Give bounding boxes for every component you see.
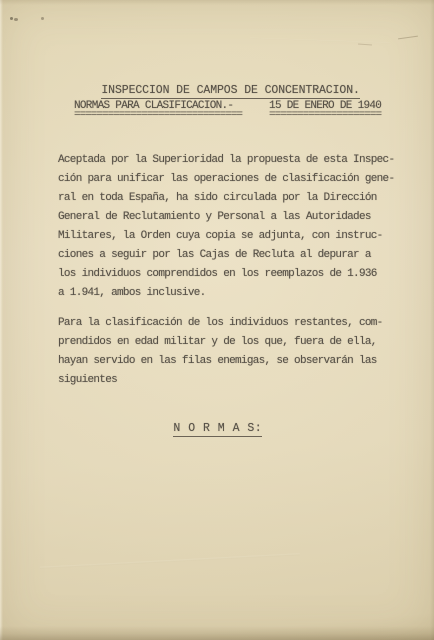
date-block: 15 DE ENERO DE 1940 ==================== <box>269 100 381 120</box>
closing-heading: N O R M A S: <box>0 409 406 450</box>
paper-fiber-mark <box>358 44 372 46</box>
text-line: los individuos comprendidos en los reemp… <box>58 265 394 284</box>
text-line: ral en toda España, ha sido circulada po… <box>58 189 394 208</box>
text-line: General de Reclutamiento y Personal a la… <box>58 208 394 227</box>
subtitle-rule: ============================== <box>74 110 242 120</box>
closing-heading-text: N O R M A S: <box>173 422 262 437</box>
paragraph-2: Para la clasificación de los individuos … <box>58 314 383 390</box>
text-line: prendidos en edad militar y de los que, … <box>58 333 383 352</box>
text-line: siguientes <box>58 371 383 390</box>
subtitle-block: NORMAS PARA CLASIFICACION.- ============… <box>74 100 242 120</box>
paper-speck <box>14 18 18 21</box>
paper-crease <box>250 38 390 44</box>
paper-speck <box>41 17 44 20</box>
scanned-document-page: INSPECCION DE CAMPOS DE CONCENTRACION. N… <box>0 0 434 640</box>
text-line: Aceptada por la Superioridad la propuest… <box>58 151 394 170</box>
text-line: a 1.941, ambos inclusive. <box>58 284 394 303</box>
paper-speck <box>10 17 13 20</box>
paper-crease <box>40 553 300 569</box>
paragraph-1: Aceptada por la Superioridad la propuest… <box>58 151 394 303</box>
paper-edge-bottom <box>0 626 434 640</box>
document-title-text: INSPECCION DE CAMPOS DE CONCENTRACION. <box>101 84 359 99</box>
text-line: Militares, la Orden cuya copia se adjunt… <box>58 227 394 246</box>
text-line: Para la clasificación de los individuos … <box>58 314 383 333</box>
paper-edge-top <box>0 0 434 5</box>
text-line: hayan servido en las filas enemigas, se … <box>58 352 383 371</box>
text-line: ción para unificar las operaciones de cl… <box>58 170 394 189</box>
text-line: ciones a seguir por las Cajas de Recluta… <box>58 246 394 265</box>
paper-fiber-mark <box>398 36 418 40</box>
document-subtitle-row: NORMAS PARA CLASIFICACION.- ============… <box>74 100 381 120</box>
date-rule: ==================== <box>269 110 381 120</box>
